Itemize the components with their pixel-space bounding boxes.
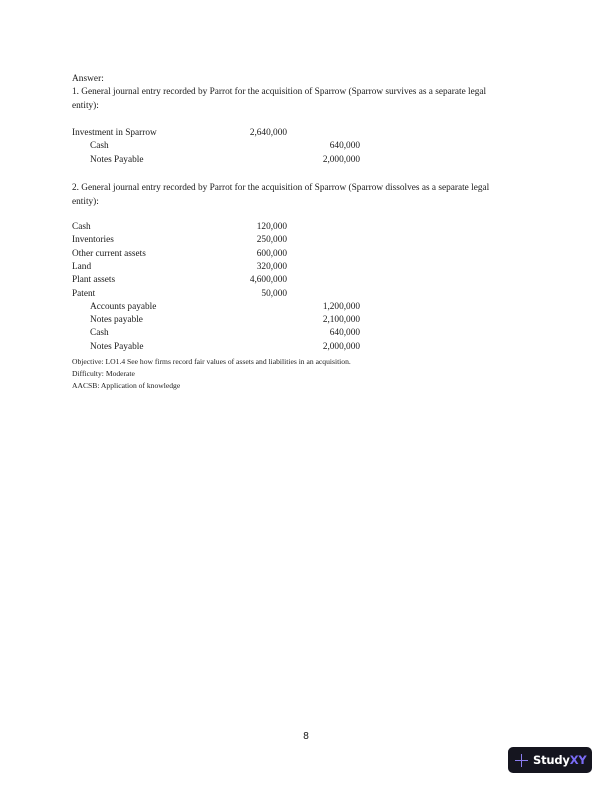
journal-row: Investment in Sparrow2,640,000: [72, 127, 372, 140]
debit-amount: 320,000: [257, 261, 287, 274]
journal-row: Notes payable2,100,000: [72, 314, 372, 327]
journal-row: Accounts payable1,200,000: [72, 301, 372, 314]
credit-amount: 2,000,000: [323, 154, 360, 167]
credit-amount: 2,000,000: [323, 341, 360, 354]
journal-row: Cash120,000: [72, 221, 372, 234]
account-name: Notes payable: [90, 314, 143, 327]
plus-icon: [515, 754, 528, 767]
debit-amount: 600,000: [257, 248, 287, 261]
page-number: 8: [0, 731, 612, 742]
account-name: Cash: [72, 221, 91, 234]
debit-amount: 250,000: [257, 234, 287, 247]
aacsb-line: AACSB: Application of knowledge: [72, 380, 180, 392]
studyxy-badge[interactable]: StudyXY: [508, 747, 592, 773]
answer-label: Answer:: [72, 73, 104, 86]
journal-row: Cash640,000: [72, 140, 372, 153]
credit-amount: 2,100,000: [323, 314, 360, 327]
document-page: Answer: 1. General journal entry recorde…: [0, 0, 612, 792]
account-name: Notes Payable: [90, 341, 143, 354]
account-name: Inventories: [72, 234, 114, 247]
credit-amount: 640,000: [330, 140, 360, 153]
debit-amount: 120,000: [257, 221, 287, 234]
debit-amount: 2,640,000: [250, 127, 287, 140]
credit-amount: 1,200,000: [323, 301, 360, 314]
journal-row: Other current assets600,000: [72, 248, 372, 261]
account-name: Notes Payable: [90, 154, 143, 167]
account-name: Patent: [72, 288, 95, 301]
journal-row: Inventories250,000: [72, 234, 372, 247]
objective-line: Objective: LO1.4 See how firms record fa…: [72, 356, 351, 368]
difficulty-line: Difficulty: Moderate: [72, 368, 135, 380]
brand-logo-text: StudyXY: [533, 753, 587, 767]
debit-amount: 4,600,000: [250, 274, 287, 287]
account-name: Plant assets: [72, 274, 115, 287]
account-name: Land: [72, 261, 91, 274]
part1-heading: 1. General journal entry recorded by Par…: [72, 86, 512, 113]
account-name: Other current assets: [72, 248, 146, 261]
part2-heading: 2. General journal entry recorded by Par…: [72, 182, 512, 209]
account-name: Investment in Sparrow: [72, 127, 157, 140]
journal-row: Notes Payable2,000,000: [72, 154, 372, 167]
account-name: Accounts payable: [90, 301, 156, 314]
journal-row: Cash640,000: [72, 327, 372, 340]
journal-row: Notes Payable2,000,000: [72, 341, 372, 354]
credit-amount: 640,000: [330, 327, 360, 340]
debit-amount: 50,000: [261, 288, 287, 301]
journal-row: Land320,000: [72, 261, 372, 274]
journal-row: Plant assets4,600,000: [72, 274, 372, 287]
journal-row: Patent50,000: [72, 288, 372, 301]
account-name: Cash: [90, 327, 109, 340]
account-name: Cash: [90, 140, 109, 153]
